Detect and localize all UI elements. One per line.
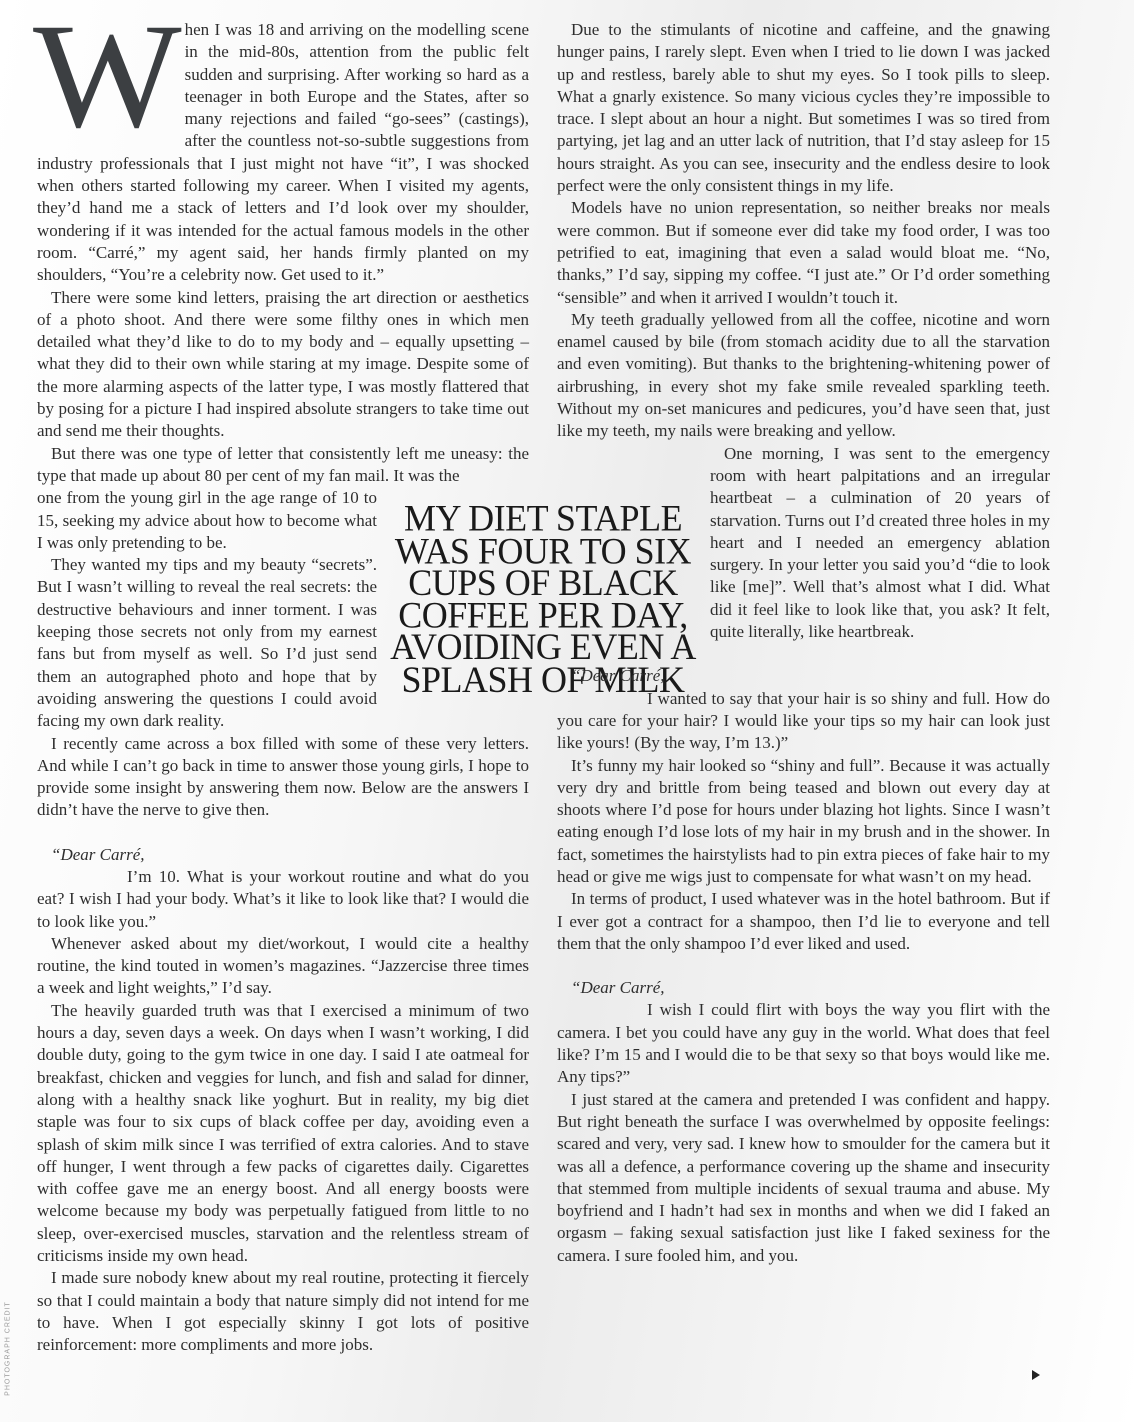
paragraph-guarded-truth: The heavily guarded truth was that I exe… — [37, 1000, 529, 1268]
photo-credit: PHOTOGRAPH CREDIT — [5, 1289, 12, 1409]
paragraph-secrets: They wanted my tips and my beauty “secre… — [37, 554, 377, 732]
letter-1-body: I’m 10. What is your workout routine and… — [37, 866, 529, 933]
letter-2-body: I wanted to say that your hair is so shi… — [557, 688, 1050, 755]
paragraph-emergency-room: One morning, I was sent to the emergency… — [710, 443, 1050, 644]
paragraph-teeth: My teeth gradually yellowed from all the… — [557, 309, 1050, 443]
letter-3-salutation: “Dear Carré, — [557, 977, 1050, 999]
left-narrow-block: one from the young girl in the age range… — [37, 487, 377, 732]
letter-3-body: I wish I could flirt with boys the way y… — [557, 999, 1050, 1088]
paragraph-hair: It’s funny my hair looked so “shiny and … — [557, 755, 1050, 889]
paragraph-product: In terms of product, I used whatever was… — [557, 888, 1050, 955]
paragraph-box-of-letters: I recently came across a box filled with… — [37, 733, 529, 822]
letter-1-salutation: “Dear Carré, — [37, 844, 529, 866]
letter-2-salutation: “Dear Carré, — [557, 665, 1050, 687]
paragraph-healthy-routine: Whenever asked about my diet/workout, I … — [37, 933, 529, 1000]
paragraph-camera: I just stared at the camera and pretende… — [557, 1089, 1050, 1267]
paragraph-real-routine: I made sure nobody knew about my real ro… — [37, 1267, 529, 1356]
paragraph-stimulants: Due to the stimulants of nicotine and ca… — [557, 19, 1050, 197]
paragraph-uneasy-letters: But there was one type of letter that co… — [37, 443, 529, 488]
paragraph-kind-letters: There were some kind letters, praising t… — [37, 287, 529, 443]
paragraph-union: Models have no union representation, so … — [557, 197, 1050, 308]
paragraph-young-girl: one from the young girl in the age range… — [37, 487, 377, 554]
right-column: Due to the stimulants of nicotine and ca… — [557, 19, 1050, 1267]
continue-arrow-icon — [1032, 1370, 1040, 1380]
right-narrow-block: One morning, I was sent to the emergency… — [710, 443, 1050, 644]
magazine-page: When I was 18 and arriving on the modell… — [0, 0, 1134, 1422]
opening-paragraph: When I was 18 and arriving on the modell… — [37, 19, 529, 287]
drop-cap: W — [33, 21, 177, 133]
